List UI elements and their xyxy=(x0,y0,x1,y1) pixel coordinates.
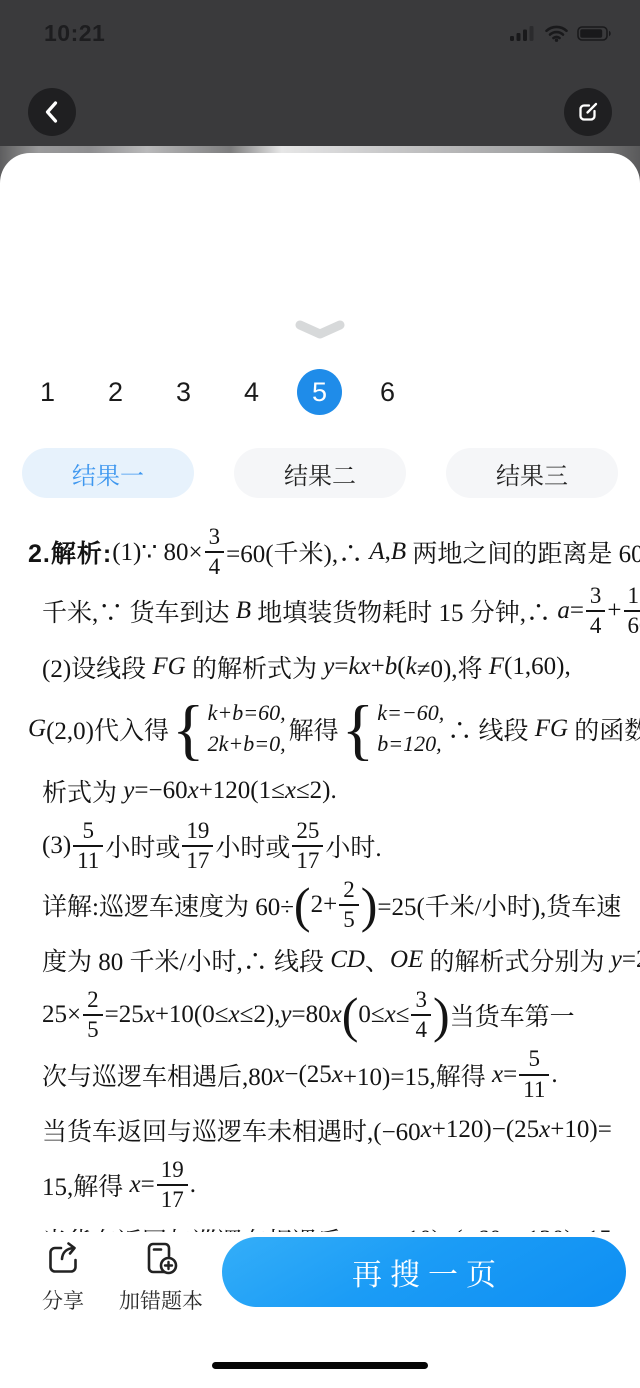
status-bar: 10:21 xyxy=(0,12,640,54)
edit-button[interactable] xyxy=(564,88,612,136)
status-icons xyxy=(509,24,614,42)
fraction: 34 xyxy=(205,525,225,579)
result-sheet: 123456 结果一结果二结果三 2.解析:(1)∵ 80×34=60(千米),… xyxy=(0,153,640,1388)
pager: 123456 xyxy=(25,369,410,415)
solution-line: 25×25=25x+10(0≤x≤2),y=80x(0≤x≤34)当货车第一 xyxy=(28,988,628,1042)
page-number-2[interactable]: 2 xyxy=(93,369,138,415)
solution-line: (2)设线段 FG 的解析式为 y=kx+b(k≠0),将 F(1,60), xyxy=(28,644,628,690)
fraction: 1917 xyxy=(157,1158,188,1212)
solution-line: (3)511小时或1917小时或2517小时. xyxy=(28,819,628,873)
back-button[interactable] xyxy=(28,88,76,136)
solution-line: 千米,∵ 货车到达 B 地填装货物耗时 15 分钟,∴ a=34+1560=1. xyxy=(28,584,628,638)
share-button[interactable]: 分享 xyxy=(30,1238,96,1315)
cellular-signal-icon xyxy=(509,24,536,42)
solution-line: 详解:巡逻车速度为 60÷(2+25)=25(千米/小时),货车速 xyxy=(28,878,628,932)
compose-pen-icon xyxy=(575,99,601,125)
search-next-page-button[interactable]: 再搜一页 xyxy=(222,1237,626,1307)
equation-system: {k=−60,b=120, xyxy=(342,695,445,763)
tab-result-1[interactable]: 结果一 xyxy=(22,448,194,498)
share-arrow-icon xyxy=(42,1238,84,1280)
notebook-plus-icon xyxy=(140,1238,182,1280)
fraction: 1917 xyxy=(182,819,213,873)
page-number-3[interactable]: 3 xyxy=(161,369,206,415)
battery-icon xyxy=(577,24,614,42)
fraction: 511 xyxy=(73,819,103,873)
fraction: 34 xyxy=(586,584,606,638)
share-label: 分享 xyxy=(42,1285,84,1315)
home-indicator[interactable] xyxy=(212,1362,428,1369)
solution-line: 析式为 y=−60x+120(1≤x≤2). xyxy=(28,768,628,814)
result-tabs: 结果一结果二结果三 xyxy=(22,448,618,498)
fraction: 1560 xyxy=(624,584,640,638)
page-number-5[interactable]: 5 xyxy=(297,369,342,415)
chevron-down-icon xyxy=(292,319,348,341)
solution-line: 15,解得 x=1917. xyxy=(28,1158,628,1212)
solution-line: 次与巡逻车相遇后,80x−(25x+10)=15,解得 x=511. xyxy=(28,1047,628,1101)
page-number-1[interactable]: 1 xyxy=(25,369,70,415)
tab-result-2[interactable]: 结果二 xyxy=(234,448,406,498)
add-to-mistake-book-button[interactable]: 加错题本 xyxy=(106,1238,216,1315)
page-number-4[interactable]: 4 xyxy=(229,369,274,415)
fraction: 25 xyxy=(83,988,103,1042)
fraction: 2517 xyxy=(292,819,323,873)
sheet-collapse-handle[interactable] xyxy=(292,319,348,346)
equation-system: {k+b=60,2k+b=0, xyxy=(172,695,286,763)
status-time: 10:21 xyxy=(44,20,105,47)
solution-line: 当货车返回与巡逻车未相遇时,(−60x+120)−(25x+10)= xyxy=(28,1107,628,1153)
solution-line: 2.解析:(1)∵ 80×34=60(千米),∴ A,B 两地之间的距离是 60 xyxy=(28,525,628,579)
page-number-6[interactable]: 6 xyxy=(365,369,410,415)
fraction: 511 xyxy=(519,1047,549,1101)
fraction: 34 xyxy=(411,988,431,1042)
solution-line: G(2,0)代入得{k+b=60,2k+b=0,解得{k=−60,b=120,∴… xyxy=(28,695,628,763)
tab-result-3[interactable]: 结果三 xyxy=(446,448,618,498)
app-screen: 10:21 xyxy=(0,0,640,1388)
fraction: 25 xyxy=(339,878,359,932)
wifi-icon xyxy=(544,24,569,42)
chevron-left-icon xyxy=(41,99,63,125)
mistake-book-label: 加错题本 xyxy=(119,1285,203,1315)
solution-line: 度为 80 千米/小时,∴ 线段 CD、OE 的解析式分别为 y=25x+ xyxy=(28,937,628,983)
